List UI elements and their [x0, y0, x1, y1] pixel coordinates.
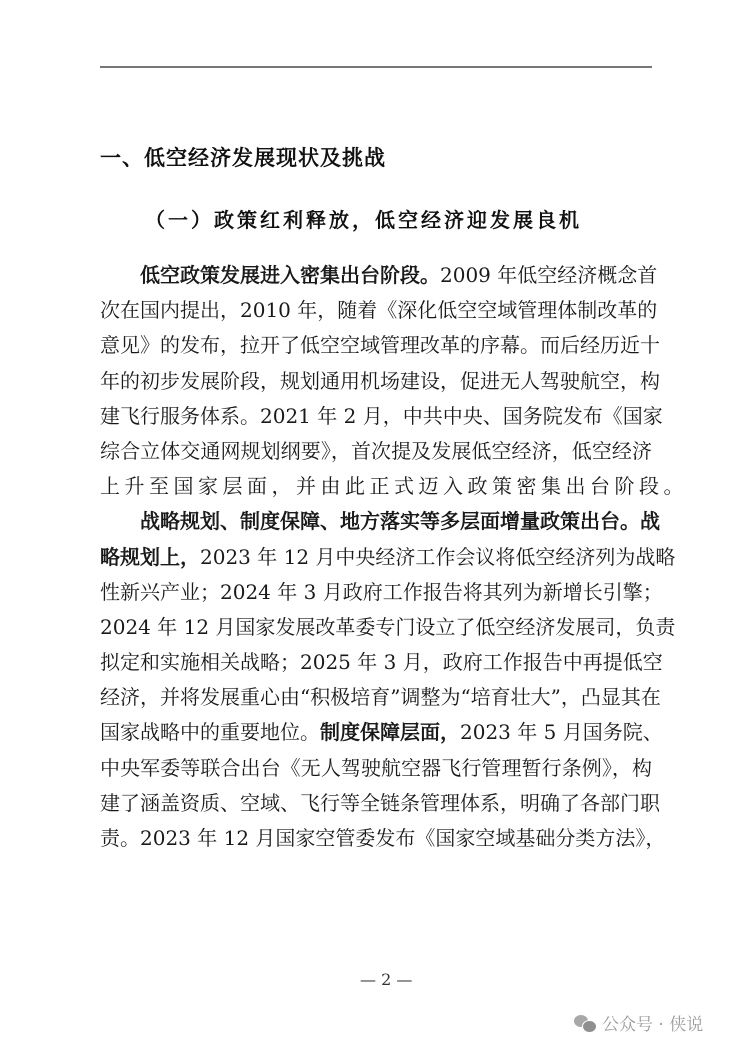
bold-lead-text: 战略规划、制度保障、地方落实等多层面增量政策出台。战	[140, 509, 660, 533]
bold-lead-text: 低空政策发展进入密集出台阶段。	[140, 263, 440, 287]
text-line: 战略规划、制度保障、地方落实等多层面增量政策出台。战	[100, 504, 652, 539]
body-text-run: 拟定和实施相关战略；2025 年 3 月，政府工作报告中再提低空	[100, 650, 663, 674]
bold-lead-text: 制度保障层面，	[320, 720, 460, 744]
body-text-run: 上升至国家层面，并由此正式迈入政策密集出台阶段。	[100, 474, 688, 498]
text-line: 2024 年 12 月国家发展改革委专门设立了低空经济发展司，负责	[100, 610, 652, 645]
text-line: 经济，并将发展重心由“积极培育”调整为“培育壮大”，凸显其在	[100, 680, 652, 715]
body-text-run: 责。2023 年 12 月国家空管委发布《国家空域基础分类方法》，	[100, 826, 665, 850]
body-text-run: 2009 年低空经济概念首	[440, 263, 657, 287]
page-number: — 2 —	[360, 970, 412, 989]
body-text-run: 2023 年 12 月中央经济工作会议将低空经济列为战略	[200, 545, 675, 569]
section-heading: 一、低空经济发展现状及挑战	[100, 142, 386, 172]
body-text-run: 2023 年 5 月国务院、	[460, 720, 663, 744]
body-text-run: 建飞行服务体系。2021 年 2 月，中共中央、国务院发布《国家	[100, 404, 663, 428]
text-line: 责。2023 年 12 月国家空管委发布《国家空域基础分类方法》，	[100, 821, 652, 856]
body-text-run: 建了涵盖资质、空域、飞行等全链条管理体系，明确了各部门职	[100, 791, 660, 815]
text-line: 低空政策发展进入密集出台阶段。2009 年低空经济概念首	[100, 258, 652, 293]
body-text-run: 意见》的发布，拉开了低空空域管理改革的序幕。而后经历近十	[100, 333, 660, 357]
text-line: 综合立体交通网规划纲要》，首次提及发展低空经济，低空经济	[100, 434, 652, 469]
watermark-text: 公众号 · 侠说	[602, 1010, 703, 1035]
body-text-run: 年的初步发展阶段，规划通用机场建设，促进无人驾驶航空，构	[100, 369, 660, 393]
body-text: 低空政策发展进入密集出台阶段。2009 年低空经济概念首次在国内提出，2010 …	[100, 258, 652, 856]
text-line: 次在国内提出，2010 年，随着《深化低空空域管理体制改革的	[100, 293, 652, 328]
wechat-icon	[574, 1014, 596, 1032]
text-line: 性新兴产业；2024 年 3 月政府工作报告将其列为新增长引擎；	[100, 575, 652, 610]
body-text-run: 性新兴产业；2024 年 3 月政府工作报告将其列为新增长引擎；	[100, 580, 663, 604]
text-line: 意见》的发布，拉开了低空空域管理改革的序幕。而后经历近十	[100, 328, 652, 363]
text-line: 建了涵盖资质、空域、飞行等全链条管理体系，明确了各部门职	[100, 786, 652, 821]
body-text-run: 综合立体交通网规划纲要》，首次提及发展低空经济，低空经济	[100, 439, 652, 463]
text-line: 略规划上，2023 年 12 月中央经济工作会议将低空经济列为战略	[100, 540, 652, 575]
text-line: 上升至国家层面，并由此正式迈入政策密集出台阶段。	[100, 469, 652, 504]
text-line: 国家战略中的重要地位。制度保障层面，2023 年 5 月国务院、	[100, 715, 652, 750]
text-line: 中央军委等联合出台《无人驾驶航空器飞行管理暂行条例》，构	[100, 751, 652, 786]
body-text-run: 国家战略中的重要地位。	[100, 720, 320, 744]
header-rule	[100, 66, 652, 68]
body-text-run: 次在国内提出，2010 年，随着《深化低空空域管理体制改革的	[100, 298, 657, 322]
body-text-run: 2024 年 12 月国家发展改革委专门设立了低空经济发展司，负责	[100, 615, 675, 639]
body-text-run: 中央军委等联合出台《无人驾驶航空器飞行管理暂行条例》，构	[100, 756, 652, 780]
body-text-run: 经济，并将发展重心由“积极培育”调整为“培育壮大”，凸显其在	[100, 685, 661, 709]
text-line: 建飞行服务体系。2021 年 2 月，中共中央、国务院发布《国家	[100, 399, 652, 434]
bold-lead-text: 略规划上，	[100, 545, 200, 569]
text-line: 拟定和实施相关战略；2025 年 3 月，政府工作报告中再提低空	[100, 645, 652, 680]
subsection-heading: （一）政策红利释放，低空经济迎发展良机	[145, 204, 582, 233]
watermark: 公众号 · 侠说	[574, 1010, 703, 1035]
text-line: 年的初步发展阶段，规划通用机场建设，促进无人驾驶航空，构	[100, 364, 652, 399]
